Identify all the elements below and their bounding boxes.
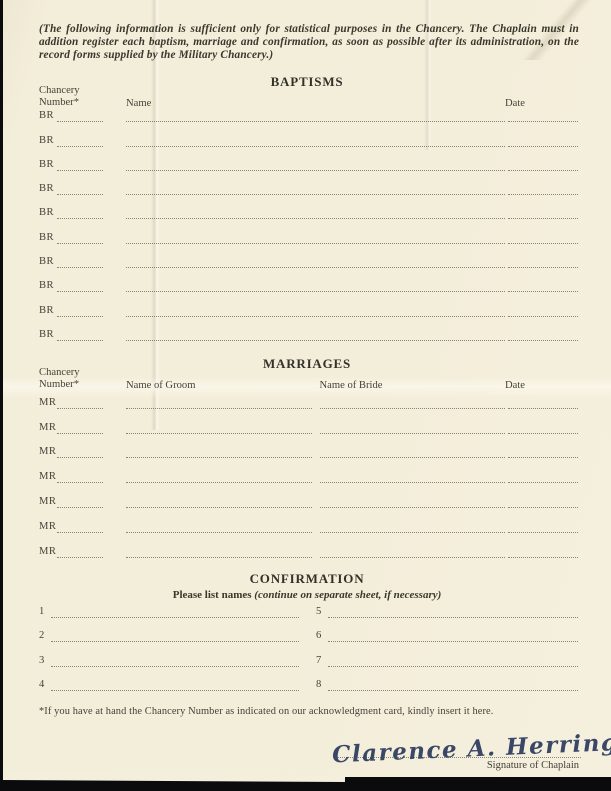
chancery-number-blank <box>57 242 103 244</box>
baptism-row: BR <box>39 292 578 316</box>
name-blank <box>126 315 505 317</box>
bride-name-blank <box>320 531 506 533</box>
row-prefix: BR <box>39 329 57 341</box>
chancery-number-blank <box>57 407 103 409</box>
row-prefix: MR <box>39 397 57 409</box>
date-blank <box>508 217 578 219</box>
date-blank <box>508 242 578 244</box>
chancery-number-blank <box>57 339 103 341</box>
chancery-label: Chancery <box>39 85 126 97</box>
chancery-number-blank <box>57 531 103 533</box>
bride-name-blank <box>320 407 506 409</box>
footnote: *If you have at hand the Chancery Number… <box>39 706 578 717</box>
confirmation-row: 1 5 <box>39 594 578 619</box>
row-prefix: MR <box>39 446 57 458</box>
confirmation-right-entry: 5 <box>316 606 578 619</box>
marriage-row: MR <box>39 508 578 533</box>
chancery-number-blank <box>57 290 103 292</box>
chancery-number-blank <box>57 556 103 558</box>
confirmation-row: 2 6 <box>39 619 578 644</box>
groom-name-blank <box>126 432 312 434</box>
baptism-row: BR <box>39 195 578 219</box>
confirmation-title: CONFIRMATION <box>3 571 611 587</box>
row-prefix: BR <box>39 280 57 292</box>
scanned-form-page: (The following information is sufficient… <box>0 0 611 791</box>
date-blank <box>508 456 578 458</box>
chancery-number-blank <box>57 481 103 483</box>
chancery-number-blank <box>57 120 103 122</box>
marriage-row: MR <box>39 458 578 483</box>
name-blank <box>126 169 505 171</box>
date-blank <box>508 145 578 147</box>
chancery-number-blank <box>57 266 103 268</box>
entry-number: 6 <box>316 630 328 642</box>
bride-name-blank <box>320 432 506 434</box>
baptism-row: BR <box>39 244 578 268</box>
date-blank <box>508 193 578 195</box>
name-blank <box>51 689 299 691</box>
signature-block: Clarence A. Herring Signature of Chaplai… <box>338 726 581 776</box>
bride-name-blank <box>320 481 506 483</box>
name-blank <box>126 217 505 219</box>
name-blank <box>51 616 299 618</box>
chancery-number-blank <box>57 432 103 434</box>
entry-number: 5 <box>316 606 328 618</box>
paper-sheet: (The following information is sufficient… <box>3 0 611 777</box>
chancery-number-blank <box>57 169 103 171</box>
groom-name-blank <box>126 481 312 483</box>
marriage-row: MR <box>39 384 578 409</box>
date-blank <box>508 481 578 483</box>
name-blank <box>126 290 505 292</box>
confirmation-row: 3 7 <box>39 643 578 668</box>
row-prefix: BR <box>39 232 57 244</box>
groom-name-blank <box>126 506 312 508</box>
name-blank <box>51 640 299 642</box>
baptism-row: BR <box>39 171 578 195</box>
date-blank <box>508 290 578 292</box>
marriage-row: MR <box>39 533 578 558</box>
confirmation-right-entry: 6 <box>316 630 578 643</box>
bride-name-blank <box>320 456 506 458</box>
name-blank <box>328 616 578 618</box>
row-prefix: BR <box>39 110 57 122</box>
baptism-row: BR <box>39 98 578 122</box>
date-blank <box>508 315 578 317</box>
confirmation-right-entry: 7 <box>316 655 578 668</box>
name-blank <box>126 193 505 195</box>
chancery-number-blank <box>57 456 103 458</box>
row-prefix: BR <box>39 183 57 195</box>
confirmation-row: 4 8 <box>39 668 578 693</box>
date-blank <box>508 266 578 268</box>
row-prefix: MR <box>39 546 57 558</box>
row-prefix: MR <box>39 496 57 508</box>
groom-name-blank <box>126 407 312 409</box>
baptism-row: BR <box>39 147 578 171</box>
name-blank <box>328 640 578 642</box>
name-blank <box>126 266 505 268</box>
name-blank <box>328 665 578 667</box>
name-blank <box>126 120 505 122</box>
chancery-number-blank <box>57 145 103 147</box>
baptism-row: BR <box>39 219 578 243</box>
row-prefix: BR <box>39 135 57 147</box>
entry-number: 3 <box>39 655 51 667</box>
groom-name-blank <box>126 531 312 533</box>
chancery-label: Chancery <box>39 367 126 379</box>
entry-number: 7 <box>316 655 328 667</box>
marriages-rows: MR MR MR <box>39 384 578 558</box>
marriage-row: MR <box>39 409 578 434</box>
chancery-number-blank <box>57 315 103 317</box>
date-blank <box>508 556 578 558</box>
name-blank <box>328 689 578 691</box>
date-blank <box>508 506 578 508</box>
confirmation-left-entry: 2 <box>39 630 299 643</box>
baptism-row: BR <box>39 268 578 292</box>
date-blank <box>508 531 578 533</box>
row-prefix: BR <box>39 159 57 171</box>
intro-note: (The following information is sufficient… <box>39 23 579 63</box>
entry-number: 8 <box>316 679 328 691</box>
confirmation-rows: 1 5 2 6 <box>39 594 578 692</box>
name-blank <box>126 339 505 341</box>
marriage-row: MR <box>39 483 578 508</box>
name-blank <box>126 242 505 244</box>
name-blank <box>126 145 505 147</box>
confirmation-left-entry: 3 <box>39 655 299 668</box>
row-prefix: BR <box>39 207 57 219</box>
groom-name-blank <box>126 556 312 558</box>
baptism-row: BR <box>39 317 578 341</box>
baptisms-rows: BR BR BR <box>39 98 578 341</box>
name-blank <box>51 665 299 667</box>
bride-name-blank <box>320 506 506 508</box>
groom-name-blank <box>126 456 312 458</box>
entry-number: 2 <box>39 630 51 642</box>
signature-label: Signature of Chaplain <box>487 760 579 771</box>
date-blank <box>508 120 578 122</box>
date-blank <box>508 432 578 434</box>
confirmation-left-entry: 4 <box>39 679 299 692</box>
chancery-number-blank <box>57 506 103 508</box>
bride-name-blank <box>320 556 506 558</box>
row-prefix: MR <box>39 521 57 533</box>
chancery-number-blank <box>57 217 103 219</box>
row-prefix: MR <box>39 471 57 483</box>
row-prefix: MR <box>39 422 57 434</box>
paper-bottom-edge <box>3 774 345 782</box>
date-blank <box>508 169 578 171</box>
entry-number: 1 <box>39 606 51 618</box>
marriage-row: MR <box>39 434 578 459</box>
chancery-number-blank <box>57 193 103 195</box>
confirmation-right-entry: 8 <box>316 679 578 692</box>
entry-number: 4 <box>39 679 51 691</box>
row-prefix: BR <box>39 256 57 268</box>
date-blank <box>508 339 578 341</box>
confirmation-left-entry: 1 <box>39 606 299 619</box>
date-blank <box>508 407 578 409</box>
baptism-row: BR <box>39 122 578 146</box>
row-prefix: BR <box>39 305 57 317</box>
